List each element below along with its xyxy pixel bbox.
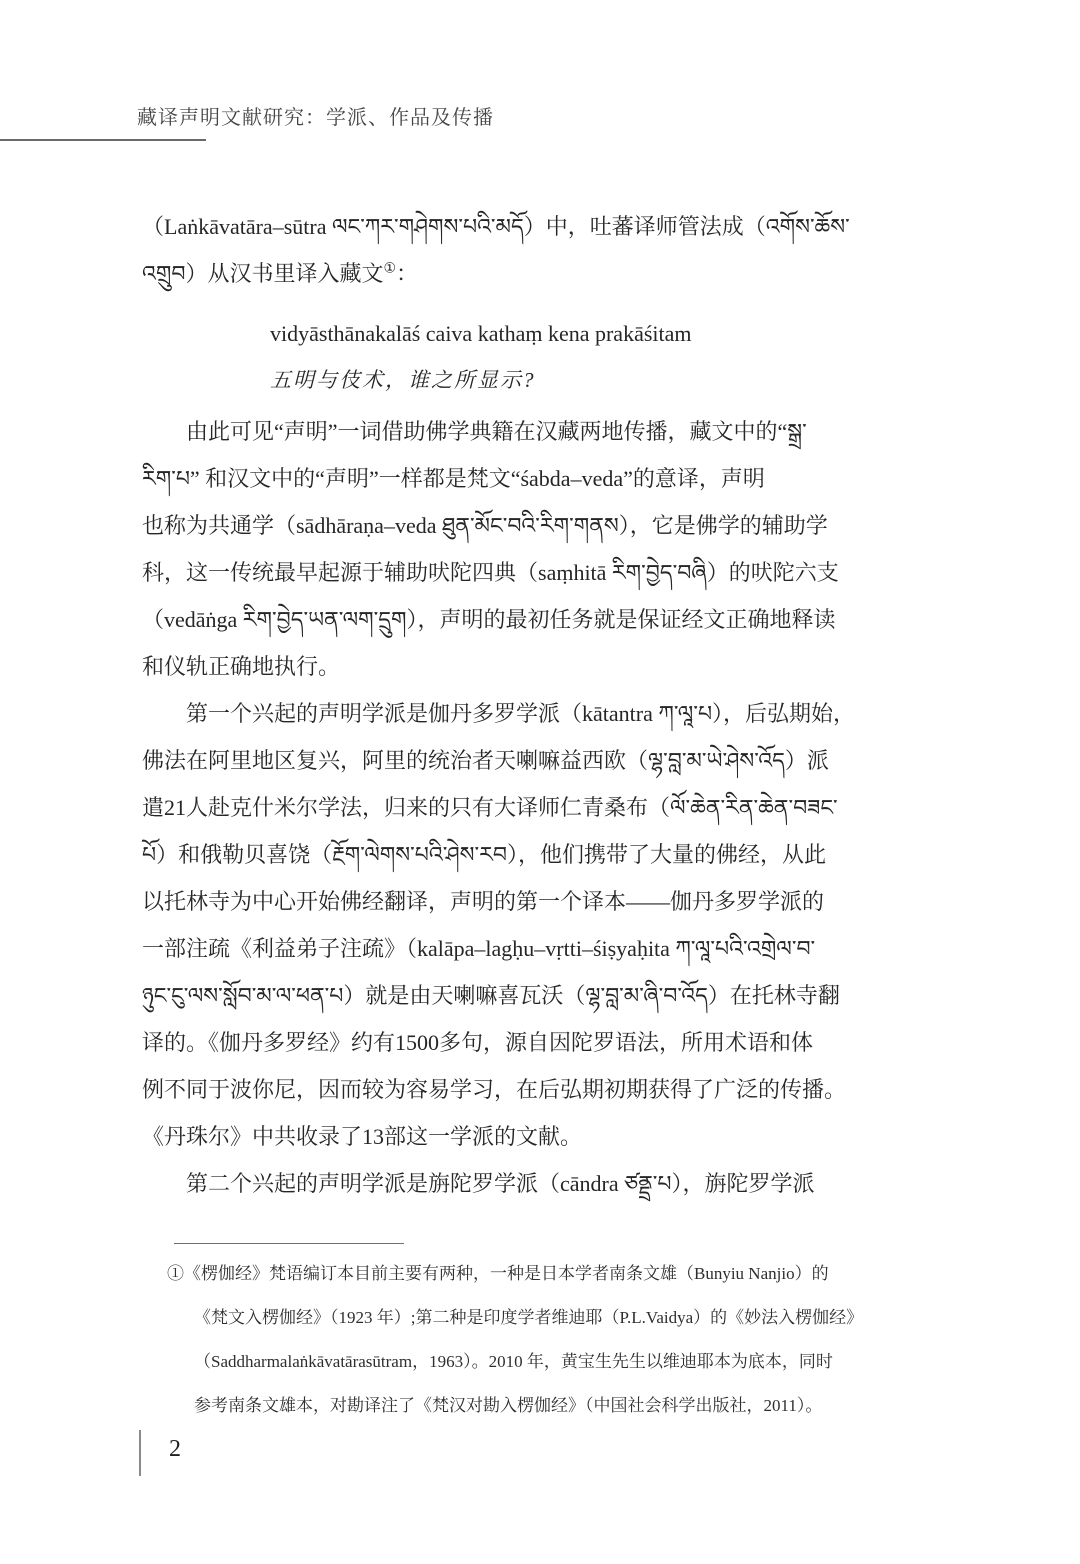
page-number-rule [139, 1430, 141, 1476]
running-head-title: 藏译声明文献研究：学派、作品及传播 [137, 101, 494, 130]
footnote-line: （Saddharmalaṅkāvatārasūtram，1963）。2010 年… [167, 1340, 957, 1384]
sanskrit-verse-line: vidyāsthānakalāś caiva kathaṃ kena prakā… [142, 310, 942, 357]
page-number: 2 [169, 1436, 181, 1463]
verse-translation-line: 五明与伎术，谁之所显示? [142, 357, 942, 404]
body-line: ཉུང་ངུ་ལས་སློབ་མ་ལ་ཕན་པ）就是由天喇嘛喜瓦沃（ལྷ་བླ་… [142, 972, 942, 1019]
body-line: 也称为共通学（sādhāraṇa–veda ཐུན་མོང་བའི་རིག་གན… [142, 502, 942, 549]
body-line: རིག་པ” 和汉文中的“声明”一样都是梵文“śabda–veda”的意译，声明 [142, 455, 942, 502]
body-line: 遣21人赴克什米尔学法，归来的只有大译师仁青桑布（ལོ་ཆེན་རིན་ཆེན་… [142, 784, 942, 831]
header-rule [0, 139, 206, 141]
body-line: 例不同于波你尼，因而较为容易学习，在后弘期初期获得了广泛的传播。 [142, 1066, 942, 1113]
body-line: 译的。《伽丹多罗经》约有1500多句，源自因陀罗语法，所用术语和体 [142, 1019, 942, 1066]
footnote-ref-1: ① [383, 262, 396, 277]
body-line: 一部注疏《利益弟子注疏》（kalāpa–lagḥu–vṛtti–śiṣyaḥit… [142, 925, 942, 972]
footnote-divider [174, 1243, 404, 1244]
body-line: 《丹珠尔》中共收录了13部这一学派的文献。 [142, 1113, 942, 1160]
paragraph-start-line: 第一个兴起的声明学派是伽丹多罗学派（kātantra ཀ་ལཱ་པ），后弘期始， [142, 690, 942, 737]
body-line: 和仪轨正确地执行。 [142, 643, 942, 690]
footnote-line: ①《楞伽经》梵语编订本目前主要有两种，一种是日本学者南条文雄（Bunyiu Na… [167, 1252, 957, 1296]
body-line-text: འགྲུབ）从汉书里译入藏文 [142, 261, 383, 286]
body-line: 以托林寺为中心开始佛经翻译，声明的第一个译本——伽丹多罗学派的 [142, 878, 942, 925]
paragraph-start-line: 第二个兴起的声明学派是旃陀罗学派（cāndra ཙནྡྲ་པ），旃陀罗学派 [142, 1160, 942, 1207]
body-line: （Laṅkāvatāra–sūtra ལང་ཀར་གཤེགས་པའི་མདོ）中… [142, 203, 942, 250]
footnote-line: 参考南条文雄本，对勘译注了《梵汉对勘入楞伽经》（中国社会科学出版社，2011）。 [167, 1384, 957, 1428]
footnote-line: 《梵文入楞伽经》（1923 年）;第二种是印度学者维迪耶（P.L.Vaidya）… [167, 1296, 957, 1340]
body-line: 科，这一传统最早起源于辅助吠陀四典（saṃhitā རིག་བྱེད་བཞི）的… [142, 549, 942, 596]
main-text-block: （Laṅkāvatāra–sūtra ལང་ཀར་གཤེགས་པའི་མདོ）中… [142, 203, 942, 1207]
body-line: （vedāṅga རིག་བྱེད་ཡན་ལག་དྲུག），声明的最初任务就是保… [142, 596, 942, 643]
paragraph-start-line: 由此可见“声明”一词借助佛学典籍在汉藏两地传播，藏文中的“སྒྲ་ [142, 408, 942, 455]
book-page: 藏译声明文献研究：学派、作品及传播 （Laṅkāvatāra–sūtra ལང་… [0, 0, 1080, 1564]
body-line: པོ）和俄勒贝喜饶（རྔོག་ལེགས་པའི་ཤེས་རབ），他们携带了大量的… [142, 831, 942, 878]
body-line: འགྲུབ）从汉书里译入藏文①： [142, 250, 942, 297]
body-line: 佛法在阿里地区复兴，阿里的统治者天喇嘛益西欧（ལྷ་བླ་མ་ཡེ་ཤེས་འོ… [142, 737, 942, 784]
footnote-block: ①《楞伽经》梵语编订本目前主要有两种，一种是日本学者南条文雄（Bunyiu Na… [167, 1252, 957, 1428]
body-line-text: ： [396, 261, 418, 286]
